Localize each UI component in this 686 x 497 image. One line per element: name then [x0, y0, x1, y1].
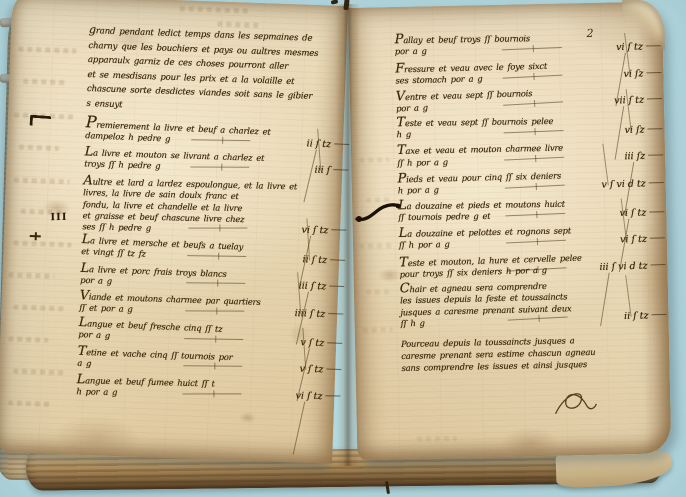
ledger-entry: Chair et agneau sera comprendreles issue…: [400, 277, 661, 330]
price-amount: iiii ſ tz: [295, 308, 344, 321]
price-amount: v ſ tz: [300, 337, 342, 350]
price-entries-list: Pallay et beuf troys ſſ bournoispor a gv…: [395, 30, 661, 330]
price-amount: vi ſz: [623, 67, 661, 79]
price-amount: vi ſ tz: [619, 206, 664, 218]
ledger-entry: La livre et mouton se livrant a charlez …: [84, 147, 343, 179]
bleedthrough-line: [23, 79, 67, 86]
right-text-column: Pallay et beuf troys ſſ bournoispor a gv…: [395, 30, 662, 375]
price-amount: v ſ tz: [299, 364, 341, 376]
filler-dash: [190, 166, 249, 167]
price-amount: vi ſ tz: [616, 41, 661, 53]
ledger-entry: La douzaine et pieds et moutons huictſſ …: [398, 196, 658, 223]
ledger-entry: La livre et porc frais troys blancspor a…: [80, 263, 339, 296]
bleedthrough-line: [18, 47, 76, 54]
bleedthrough-line: [363, 327, 393, 333]
price-amount: vi ſ tz: [295, 390, 340, 402]
ledger-entry: Taxe et veau et mouton charmee livreſſ h…: [397, 140, 657, 169]
ledger-entry: Viande et moutons charmee par quartiersſ…: [79, 291, 338, 323]
price-amount: v ſ vi d tz: [601, 178, 664, 191]
price-amount: vi ſz: [625, 124, 663, 136]
ledger-entry: La douzaine et pelottes et rognons septſ…: [399, 223, 659, 252]
left-text-column: grand pendant ledict temps dans les sepm…: [76, 23, 347, 410]
price-amount: vii ſ tz: [614, 94, 662, 106]
bleedthrough-line: [359, 157, 389, 163]
margin-annotation: III: [50, 212, 67, 223]
price-amount: ii ſ tz: [306, 137, 349, 150]
closing-paragraph: Pourceau depuis la toussaincts jusques a…: [401, 332, 662, 375]
bleedthrough-line: [13, 305, 67, 312]
ledger-entry: Pallay et beuf troys ſſ bournoispor a gv…: [395, 30, 655, 57]
ledger-entry: Tetine et vache cinq ſſ tournois pora gv…: [77, 345, 336, 378]
ledger-entry: Aultre et lard a lardez espoulongue, et …: [82, 175, 341, 239]
ledger-entry: Teste et veau sept ſſ bournois peleeh gv…: [396, 113, 656, 140]
price-amount: ii ſ tz: [624, 310, 667, 322]
ledger-entry: Fressure et veau avec le foye sixctses s…: [395, 57, 655, 87]
ink-bleedthrough: [348, 1, 662, 8]
margin-cross-mark: [30, 235, 41, 237]
margin-mark-stroke: [29, 115, 51, 127]
manuscript-photo: III grand pendant ledict temps dans les …: [0, 0, 686, 497]
price-entries-list: Premierement la livre et beuf a charlez …: [76, 116, 344, 405]
bleedthrough-line: [13, 240, 71, 247]
ledger-entry: Teste et mouton, la hure et cervelle pel…: [399, 249, 660, 281]
bleedthrough-line: [13, 369, 65, 376]
bleedthrough-line: [19, 145, 59, 151]
under-leaf-corner: [555, 450, 672, 488]
ledger-entry: Langue et beuf fumee huict ſſ th por a g…: [76, 374, 334, 404]
price-amount: iii ſ vi d tz: [599, 259, 665, 272]
bleedthrough-line: [417, 436, 457, 442]
bleedthrough-line: [359, 243, 393, 249]
intro-paragraph: grand pendant ledict temps dans les sepm…: [86, 23, 347, 121]
bleedthrough-line: [8, 400, 52, 407]
ink-bleedthrough: [12, 0, 348, 6]
bleedthrough-line: [366, 289, 392, 295]
price-amount: iii ſ: [314, 164, 348, 176]
bleedthrough-line: [14, 177, 70, 184]
price-amount: iii ſz: [624, 150, 663, 162]
ledger-entry: Pieds et veau pour cinq ſſ six deniersh …: [397, 167, 657, 197]
filler-dash: [182, 393, 241, 394]
binding-stitch: [331, 0, 339, 5]
ink-blot: [354, 200, 404, 226]
paraph-flourish: [552, 387, 599, 422]
bleedthrough-line: [8, 272, 54, 279]
price-amount: vi ſ tz: [620, 233, 665, 245]
ledger-entry: Ventre et veau sept ſſ bournoispor a gvi…: [396, 83, 657, 115]
bleedthrough-line: [8, 336, 48, 342]
left-page: III grand pendant ledict temps dans les …: [0, 0, 348, 464]
bleedthrough-line: [180, 6, 250, 13]
ledger-entry: Premierement la livre et beuf a charlez …: [85, 116, 344, 152]
price-amount: ii ſ tz: [302, 254, 345, 267]
price-amount: iii ſ tz: [298, 281, 344, 294]
right-page: 2 Pallay et beuf troys ſſ bournoispor a …: [348, 1, 671, 459]
